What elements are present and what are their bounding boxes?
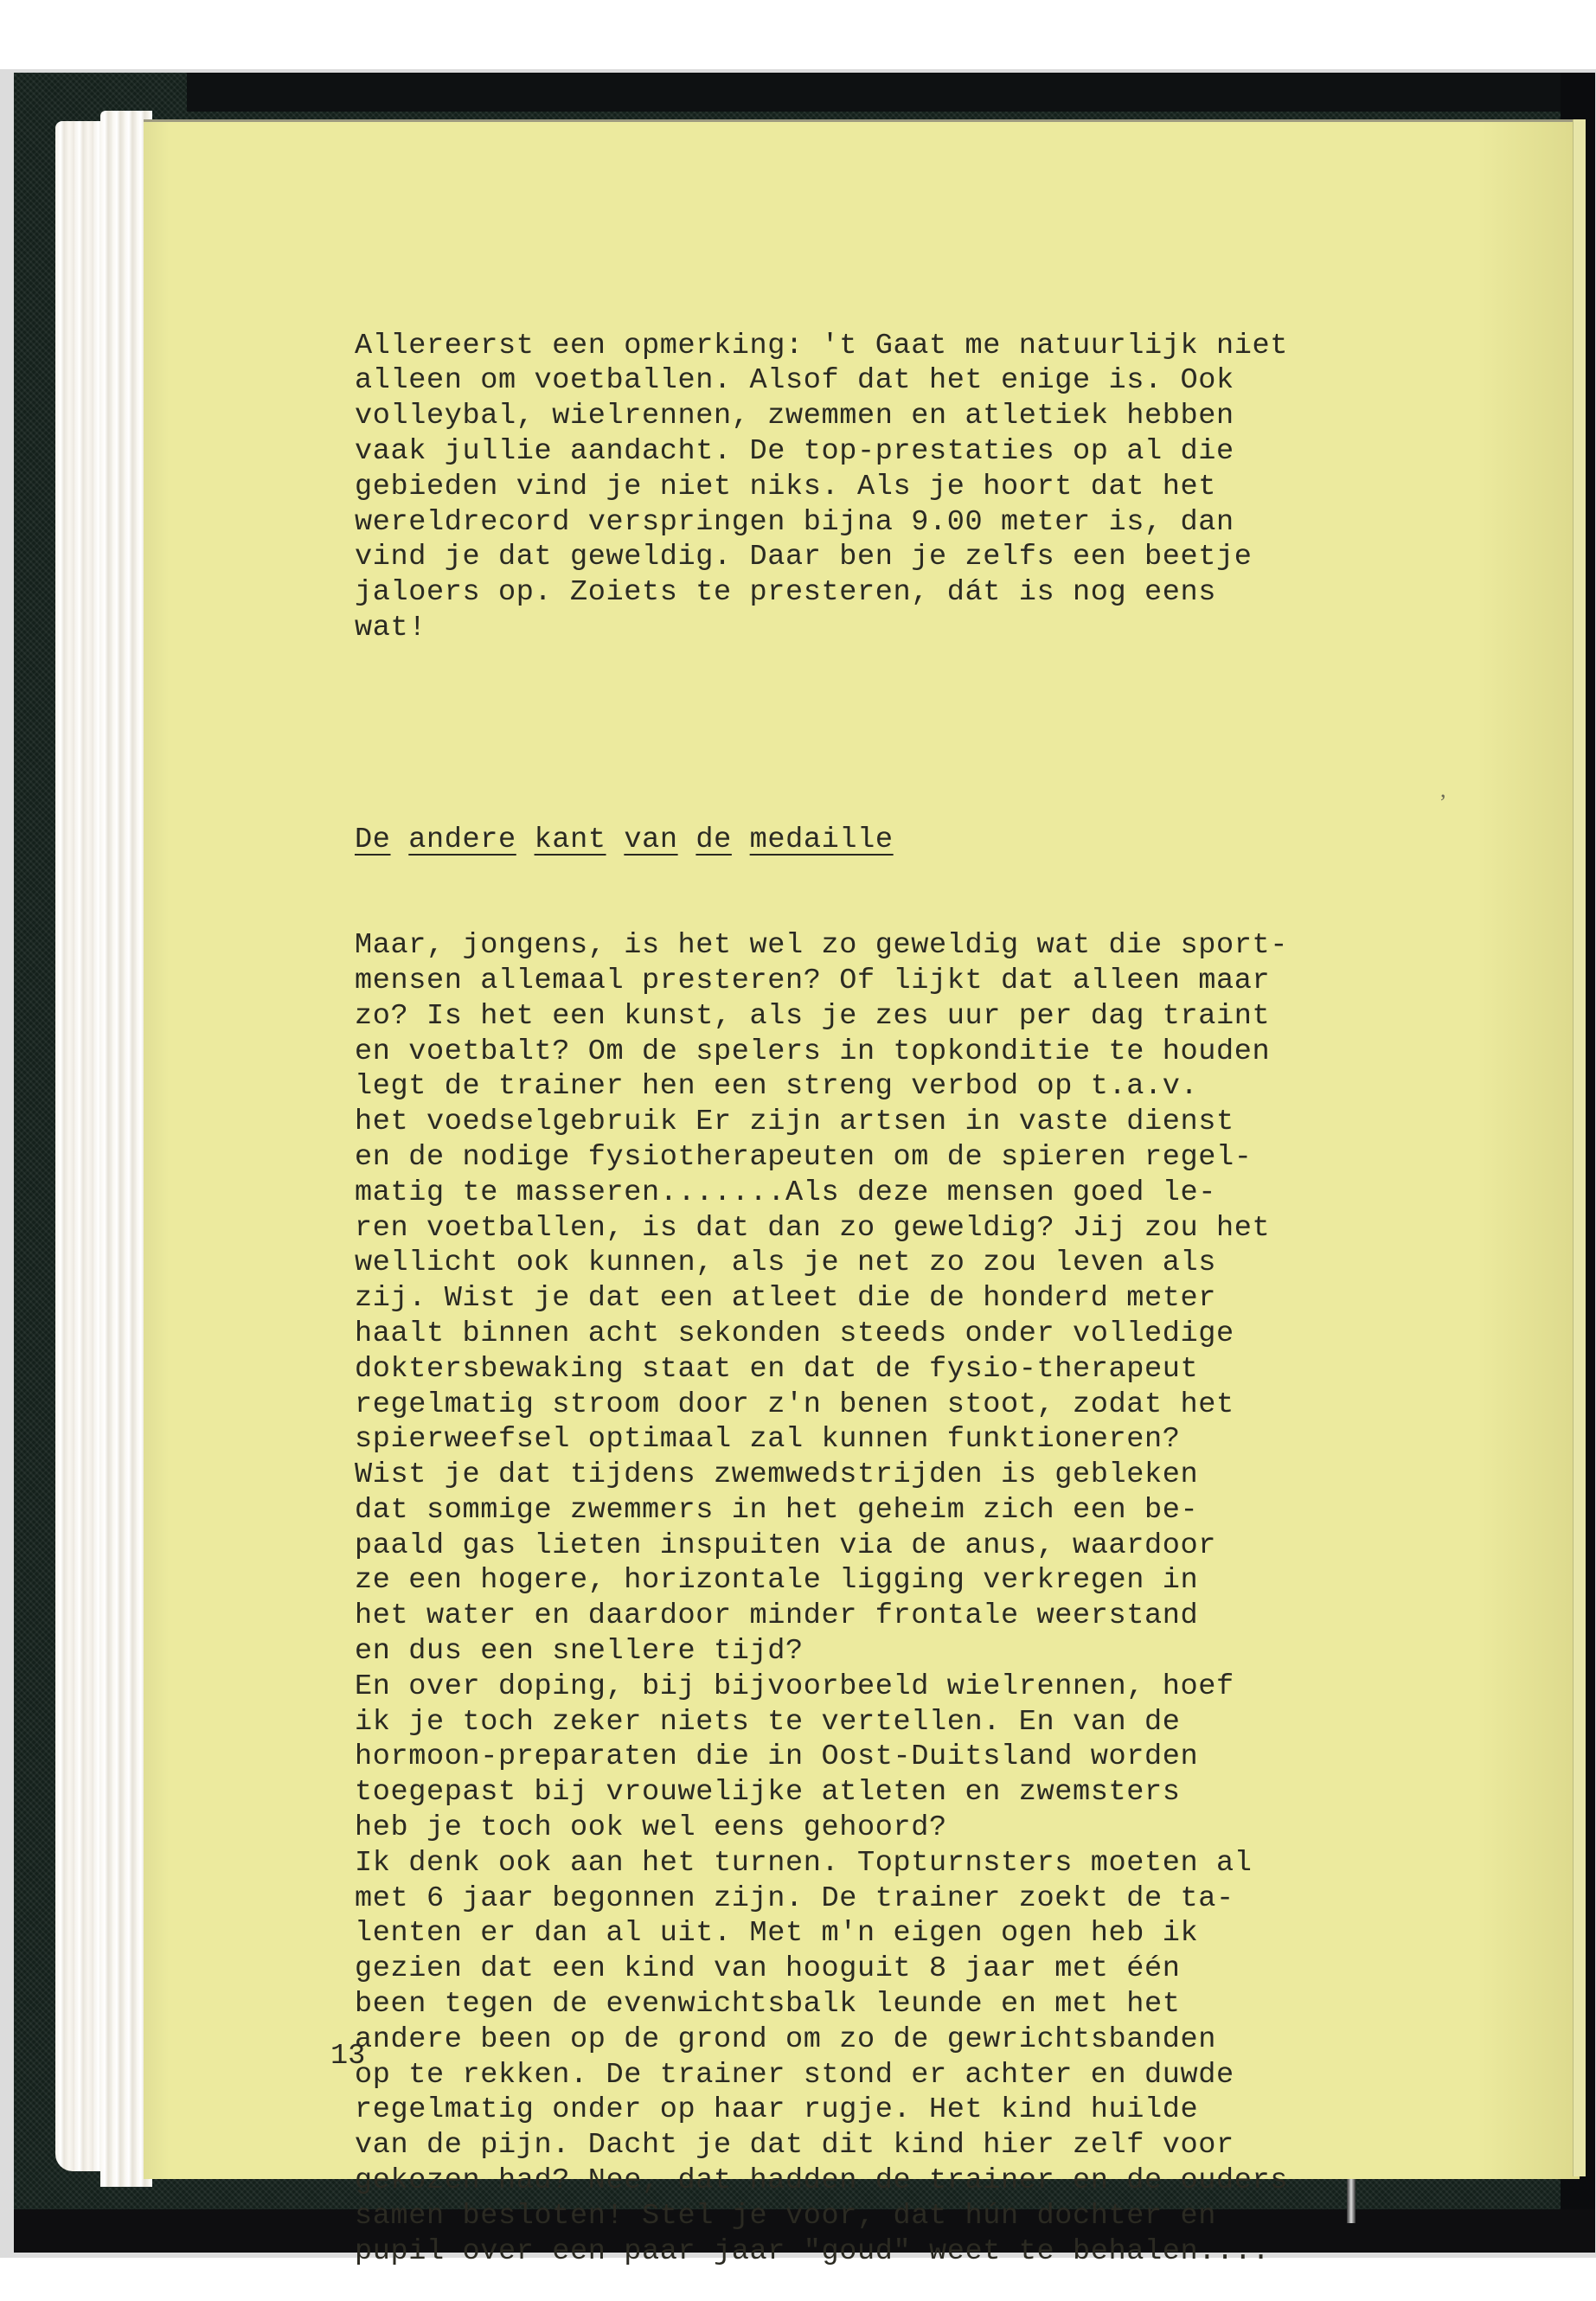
text-line: ren voetballen, is dat dan zo geweldig? …: [355, 1211, 1479, 1247]
text-line: samen besloten! Stel je voor, dat hún do…: [355, 2199, 1479, 2234]
text-line: heb je toch ook wel eens gehoord?: [355, 1811, 1479, 1846]
text-line: Wist je dat tijdens zwemwedstrijden is g…: [355, 1458, 1479, 1493]
text-line: hormoon-preparaten die in Oost-Duitsland…: [355, 1740, 1479, 1775]
body-text: Maar, jongens, is het wel zo geweldig wa…: [355, 928, 1479, 2269]
text-line: wellicht ook kunnen, als je net zo zou l…: [355, 1246, 1479, 1281]
page-text: Allereerst een opmerking: 't Gaat me nat…: [355, 258, 1479, 2301]
text-line: paald gas lieten inspuiten via de anus, …: [355, 1529, 1479, 1564]
text-line: andere been op de grond om zo de gewrich…: [355, 2022, 1479, 2058]
text-line: haalt binnen acht sekonden steeds onder …: [355, 1317, 1479, 1352]
text-line: spierweefsel optimaal zal kunnen funktio…: [355, 1422, 1479, 1458]
text-line: volleybal, wielrennen, zwemmen en atleti…: [355, 399, 1479, 434]
text-line: En over doping, bij bijvoorbeeld wielren…: [355, 1670, 1479, 1705]
paragraph-gap: [355, 716, 1479, 752]
text-line: zo? Is het een kunst, als je zes uur per…: [355, 999, 1479, 1035]
text-line: matig te masseren.......Als deze mensen …: [355, 1176, 1479, 1211]
cover-top-edge: [187, 73, 1561, 112]
text-line: ik je toch zeker niets te vertellen. En …: [355, 1705, 1479, 1740]
text-line: gekozen had? Nee, dat hadden de trainer …: [355, 2163, 1479, 2199]
heading-word: van: [624, 824, 677, 856]
text-line: regelmatig stroom door z'n benen stoot, …: [355, 1388, 1479, 1423]
heading-word: De: [355, 824, 391, 856]
text-line: doktersbewaking staat en dat de fysio-th…: [355, 1352, 1479, 1388]
text-line: Allereerst een opmerking: 't Gaat me nat…: [355, 329, 1479, 364]
text-line: been tegen de evenwichtsbalk leunde en m…: [355, 1987, 1479, 2022]
text-line: vaak jullie aandacht. De top-prestaties …: [355, 434, 1479, 470]
heading-word: de: [695, 824, 732, 856]
text-line: wereldrecord verspringen bijna 9.00 mete…: [355, 505, 1479, 541]
text-line: regelmatig onder op haar rugje. Het kind…: [355, 2093, 1479, 2128]
page-number: 13: [330, 2040, 365, 2073]
text-line: en de nodige fysiotherapeuten om de spie…: [355, 1140, 1479, 1176]
text-line: en dus een snellere tijd?: [355, 1634, 1479, 1670]
heading-word: andere: [408, 824, 516, 856]
text-line: ze een hogere, horizontale ligging verkr…: [355, 1563, 1479, 1599]
text-line: van de pijn. Dacht je dat dit kind hier …: [355, 2128, 1479, 2163]
text-line: legt de trainer hen een streng verbod op…: [355, 1069, 1479, 1105]
page-right-edge: [1573, 119, 1586, 2176]
text-line: dat sommige zwemmers in het geheim zich …: [355, 1493, 1479, 1529]
text-line: het water en daardoor minder frontale we…: [355, 1599, 1479, 1634]
text-line: gezien dat een kind van hooguit 8 jaar m…: [355, 1952, 1479, 1987]
text-line: jaloers op. Zoiets te presteren, dát is …: [355, 575, 1479, 611]
heading-word: kant: [535, 824, 606, 856]
text-line: mensen allemaal presteren? Of lijkt dat …: [355, 964, 1479, 999]
heading-word: medaille: [750, 824, 894, 856]
text-line: gebieden vind je niet niks. Als je hoort…: [355, 470, 1479, 505]
text-line: het voedselgebruik Er zijn artsen in vas…: [355, 1105, 1479, 1140]
text-line: toegepast bij vrouwelijke atleten en zwe…: [355, 1775, 1479, 1811]
text-line: met 6 jaar begonnen zijn. De trainer zoe…: [355, 1881, 1479, 1917]
text-line: Ik denk ook aan het turnen. Topturnsters…: [355, 1846, 1479, 1881]
section-heading: De andere kant van de medaille: [355, 823, 1479, 858]
text-line: alleen om voetballen. Alsof dat het enig…: [355, 363, 1479, 399]
text-line: lenten er dan al uit. Met m'n eigen ogen…: [355, 1916, 1479, 1952]
text-line: vind je dat geweldig. Daar ben je zelfs …: [355, 540, 1479, 575]
text-line: Maar, jongens, is het wel zo geweldig wa…: [355, 928, 1479, 964]
handwritten-comma-mark: ,: [1440, 777, 1446, 803]
text-line: zij. Wist je dat een atleet die de honde…: [355, 1281, 1479, 1317]
text-line: en voetbalt? Om de spelers in topkonditi…: [355, 1035, 1479, 1070]
intro-paragraph: Allereerst een opmerking: 't Gaat me nat…: [355, 329, 1479, 646]
text-line: wat!: [355, 611, 1479, 646]
text-line: op te rekken. De trainer stond er achter…: [355, 2058, 1479, 2093]
text-line: pupil over een paar jaar "goud" weet te …: [355, 2234, 1479, 2270]
